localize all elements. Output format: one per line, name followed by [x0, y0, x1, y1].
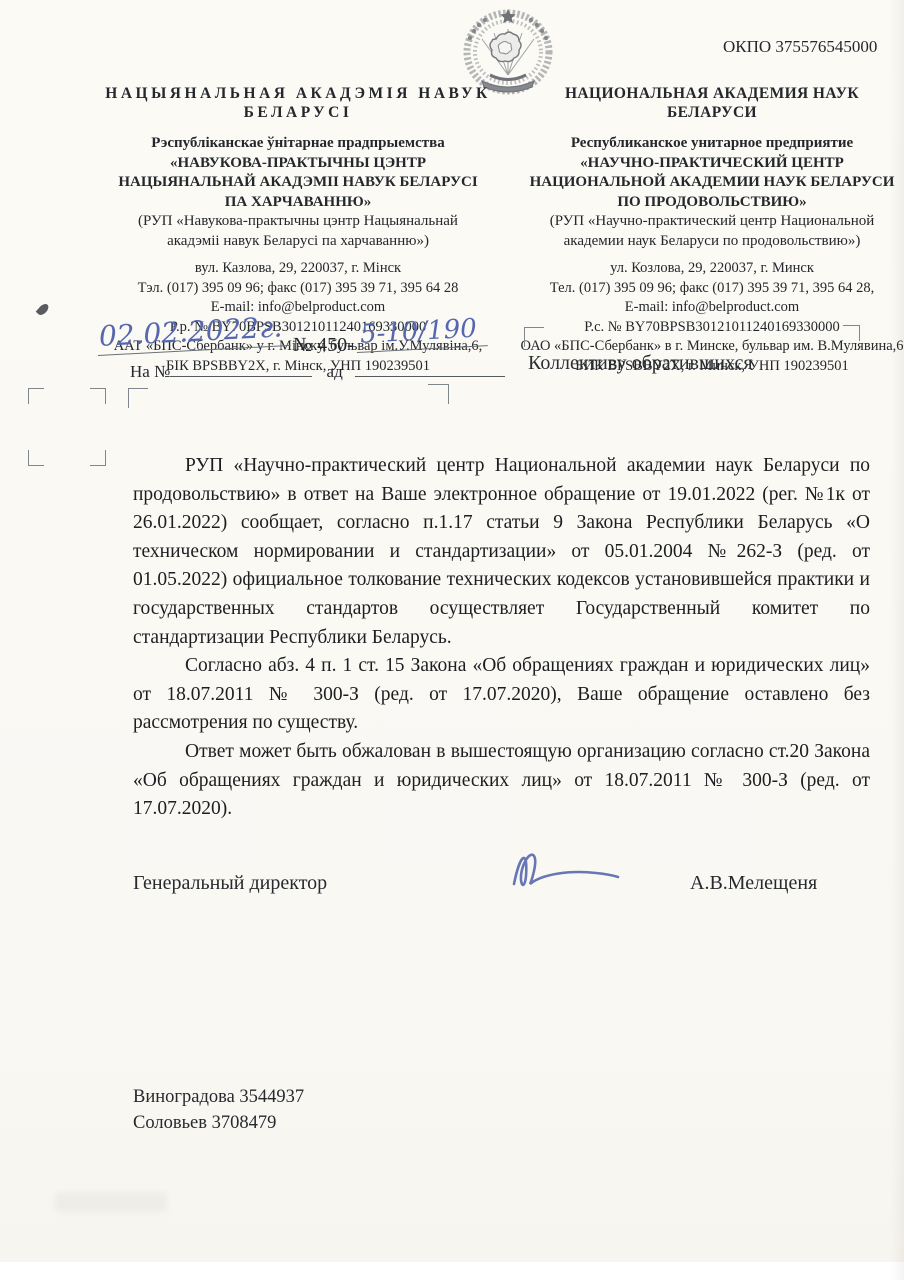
address-line: Тэл. (017) 395 09 96; факс (017) 395 39 … — [96, 279, 500, 299]
scanned-letter-page: ОКПО 375576545000 НАЦЫЯНАЛЬНАЯ АКАДЭМІЯ … — [0, 0, 904, 1280]
address-line: E-mail: info@belproduct.com — [96, 298, 500, 318]
org-sub-line: (РУП «Научно-практический центр Национал… — [520, 212, 904, 232]
corner-mark — [90, 450, 106, 466]
recipient: Коллективу обратившихся — [528, 352, 753, 375]
handwritten-number: 5-10/190 — [355, 313, 487, 353]
org-sub-line: «НАВУКОВА-ПРАКТЫЧНЫ ЦЭНТР — [96, 154, 500, 174]
org-sub-line: ПО ПРОДОВОЛЬСТВИЮ» — [520, 193, 904, 213]
address-line: Тел. (017) 395 09 96; факс (017) 395 39 … — [520, 279, 904, 299]
contact-line: Виноградова 3544937 — [133, 1084, 304, 1110]
org-name-ru-line1: НАЦИОНАЛЬНАЯ АКАДЕМИЯ НАУК — [520, 84, 904, 103]
body-paragraph: РУП «Научно-практический центр Националь… — [133, 452, 870, 652]
address-line: E-mail: info@belproduct.com — [520, 298, 904, 318]
corner-mark — [28, 450, 44, 466]
body-paragraph: Ответ может быть обжалован в вышестоящую… — [133, 738, 870, 824]
blank-line — [170, 362, 312, 377]
corner-mark — [428, 384, 449, 404]
corner-mark — [28, 388, 44, 404]
body-paragraph: Согласно абз. 4 п. 1 ст. 15 Закона «Об о… — [133, 652, 870, 738]
outgoing-number-typed: № 450- — [293, 334, 354, 357]
signature-icon — [500, 840, 630, 905]
address-line: вул. Казлова, 29, 220037, г. Мінск — [96, 259, 500, 279]
org-subtitle-by: Рэспубліканскае ўнітарнае прадпрыемства … — [96, 134, 500, 251]
org-sub-line: НАЦЫЯНАЛЬНАЙ АКАДЭМІІ НАВУК БЕЛАРУСІ — [96, 173, 500, 193]
reply-reference-line: На № ад — [130, 362, 505, 382]
org-sub-line: ПА ХАРЧАВАННЮ» — [96, 193, 500, 213]
faint-watermark — [55, 1192, 167, 1212]
org-sub-line: НАЦИОНАЛЬНОЙ АКАДЕМИИ НАУК БЕЛАРУСИ — [520, 173, 904, 193]
org-sub-line: академии наук Беларуси по продовольствию… — [520, 232, 904, 252]
executor-contacts: Виноградова 3544937 Соловьев 3708479 — [133, 1084, 304, 1136]
org-name-by-line1: НАЦЫЯНАЛЬНАЯ АКАДЭМІЯ НАВУК — [96, 84, 500, 103]
corner-mark — [90, 388, 106, 404]
org-sub-line: (РУП «Навукова-практычны цэнтр Нацыяналь… — [96, 212, 500, 232]
org-sub-line: акадэміі навук Беларусі па харчаванню») — [96, 232, 500, 252]
org-subtitle-ru: Республиканское унитарное предприятие «Н… — [520, 134, 904, 251]
corner-mark — [843, 325, 860, 341]
letter-body: РУП «Научно-практический центр Националь… — [133, 452, 870, 824]
signer-title: Генеральный директор — [133, 872, 327, 895]
address-line: ул. Козлова, 29, 220037, г. Минск — [520, 259, 904, 279]
corner-mark — [524, 327, 544, 347]
blank-line — [355, 362, 505, 377]
na-label: На № — [130, 362, 170, 381]
ad-label: ад — [327, 362, 343, 381]
signer-name: А.В.Мелещеня — [690, 872, 817, 895]
org-name-ru-line2: БЕЛАРУСИ — [520, 103, 904, 122]
okpo-number: ОКПО 375576545000 — [723, 37, 877, 57]
org-sub-line: «НАУЧНО-ПРАКТИЧЕСКИЙ ЦЕНТР — [520, 154, 904, 174]
scan-edge-strip — [0, 1262, 904, 1280]
org-sub-line: Рэспубліканскае ўнітарнае прадпрыемства — [96, 134, 500, 154]
org-sub-line: Республиканское унитарное предприятие — [520, 134, 904, 154]
pen-tick-mark — [36, 302, 51, 317]
org-name-by-line2: БЕЛАРУСІ — [96, 103, 500, 122]
contact-line: Соловьев 3708479 — [133, 1110, 304, 1136]
corner-mark — [128, 388, 148, 408]
